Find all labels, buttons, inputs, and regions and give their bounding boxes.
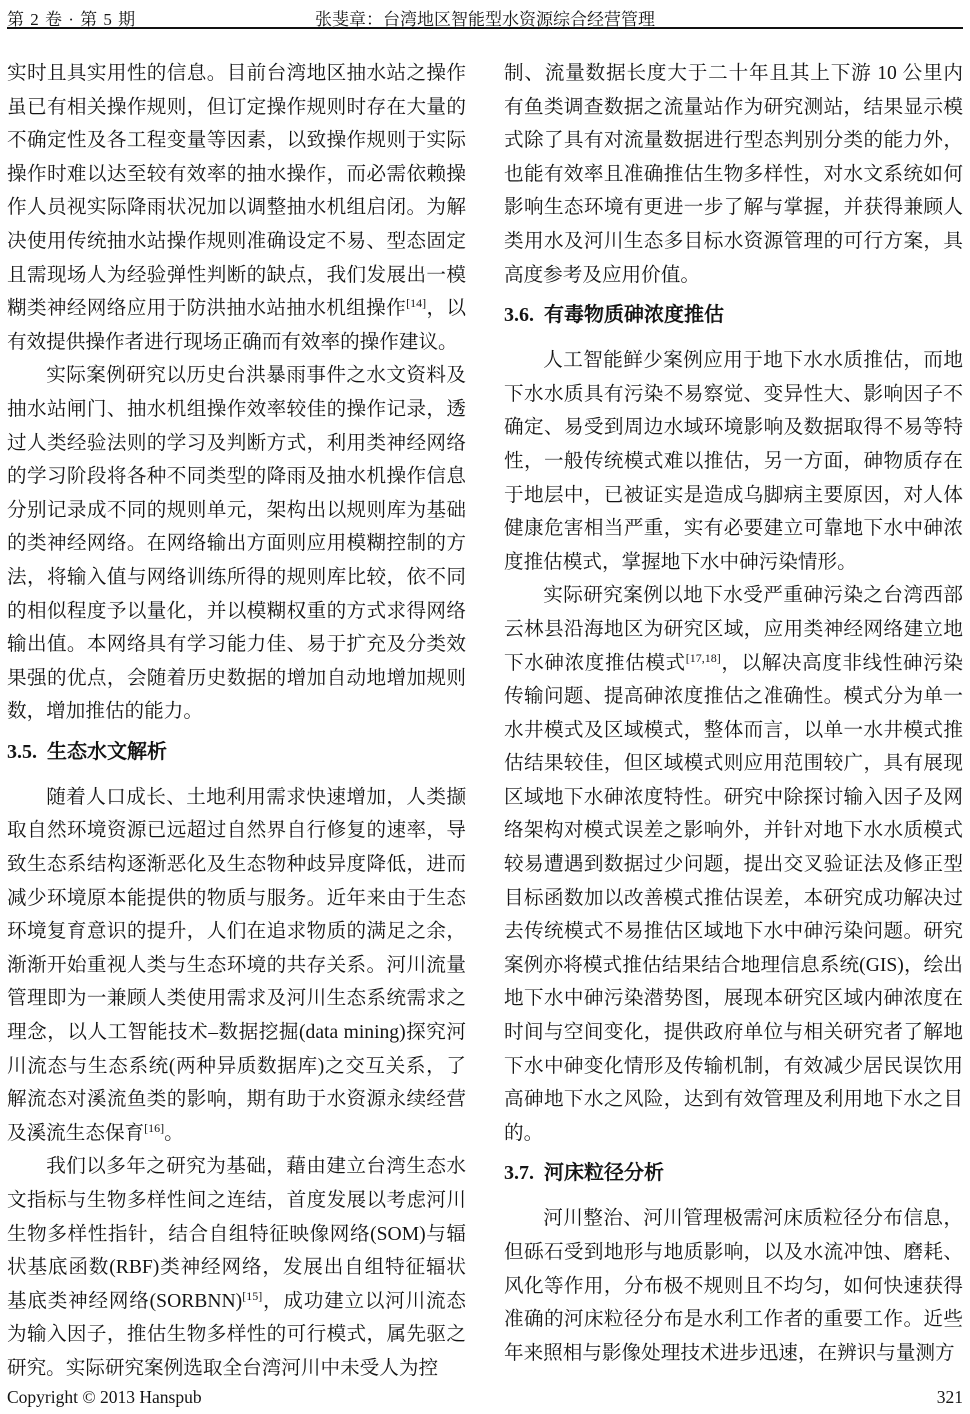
paragraph: 实际案例研究以历史台洪暴雨事件之水文资料及抽水站闸门、抽水机组操作效率较佳的操作… [7,359,466,729]
citation-ref-15: [15] [242,1289,262,1303]
paragraph: 随着人口成长、土地利用需求快速增加，人类撷取自然环境资源已远超过自然界自行修复的… [7,781,466,1151]
paragraph-text: 制、流量数据长度大于二十年且其上下游 10 公里内有鱼类调查数据之流量站作为研究… [504,63,963,286]
page-number: 321 [937,1387,963,1408]
left-column: 实时且具实用性的信息。目前台湾地区抽水站之操作虽已有相关操作规则，但订定操作规则… [7,57,466,1386]
paragraph-text: 。 [164,1123,184,1144]
paragraph-text: 实时且具实用性的信息。目前台湾地区抽水站之操作虽已有相关操作规则，但订定操作规则… [7,63,466,319]
citation-ref-16: [16] [144,1121,164,1135]
section-heading-3-7: 3.7.河床粒径分析 [504,1160,963,1186]
citation-ref-17-18: [17,18] [686,651,721,665]
page-header: 第 2 卷 · 第 5 期 张斐章：台湾地区智能型水资源综合经营管理 [7,0,963,29]
citation-ref-14: [14] [406,296,426,310]
section-number: 3.6. [504,304,534,326]
paragraph-text: 实际案例研究以历史台洪暴雨事件之水文资料及抽水站闸门、抽水机组操作效率较佳的操作… [7,365,466,722]
section-title: 有毒物质砷浓度推估 [544,304,724,326]
running-title: 张斐章：台湾地区智能型水资源综合经营管理 [7,5,963,30]
paragraph: 河川整治、河川管理极需河床质粒径分布信息，但砾石受到地形与地质影响，以及水流冲蚀… [504,1202,963,1370]
paper-page: 第 2 卷 · 第 5 期 张斐章：台湾地区智能型水资源综合经营管理 实时且具实… [0,0,970,1414]
paragraph: 实际研究案例以地下水受严重砷污染之台湾西部云林县沿海地区为研究区域，应用类神经网… [504,579,963,1150]
paragraph-text: 随着人口成长、土地利用需求快速增加，人类撷取自然环境资源已远超过自然界自行修复的… [7,787,466,1144]
paragraph-text: 河川整治、河川管理极需河床质粒径分布信息，但砾石受到地形与地质影响，以及水流冲蚀… [504,1208,963,1363]
paragraph: 人工智能鲜少案例应用于地下水水质推估，而地下水水质具有污染不易察觉、变异性大、影… [504,344,963,579]
copyright-notice: Copyright © 2013 Hanspub [7,1387,202,1408]
paragraph: 制、流量数据长度大于二十年且其上下游 10 公里内有鱼类调查数据之流量站作为研究… [504,57,963,292]
page-footer: Copyright © 2013 Hanspub 321 [7,1387,963,1408]
section-title: 河床粒径分析 [544,1162,664,1184]
section-title: 生态水文解析 [47,741,167,763]
paragraph: 我们以多年之研究为基础，藉由建立台湾生态水文指标与生物多样性间之连结，首度发展以… [7,1150,466,1385]
paragraph-text: 人工智能鲜少案例应用于地下水水质推估，而地下水水质具有污染不易察觉、变异性大、影… [504,350,963,573]
section-number: 3.5. [7,741,37,763]
section-heading-3-6: 3.6.有毒物质砷浓度推估 [504,302,963,328]
right-column: 制、流量数据长度大于二十年且其上下游 10 公里内有鱼类调查数据之流量站作为研究… [504,57,963,1386]
section-heading-3-5: 3.5.生态水文解析 [7,739,466,765]
paragraph: 实时且具实用性的信息。目前台湾地区抽水站之操作虽已有相关操作规则，但订定操作规则… [7,57,466,359]
paragraph-text: 我们以多年之研究为基础，藉由建立台湾生态水文指标与生物多样性间之连结，首度发展以… [7,1156,466,1311]
paragraph-text: ，以解决高度非线性砷污染传输问题、提高砷浓度推估之准确性。模式分为单一水井模式及… [504,653,963,1144]
two-column-body: 实时且具实用性的信息。目前台湾地区抽水站之操作虽已有相关操作规则，但订定操作规则… [7,57,963,1386]
section-number: 3.7. [504,1162,534,1184]
